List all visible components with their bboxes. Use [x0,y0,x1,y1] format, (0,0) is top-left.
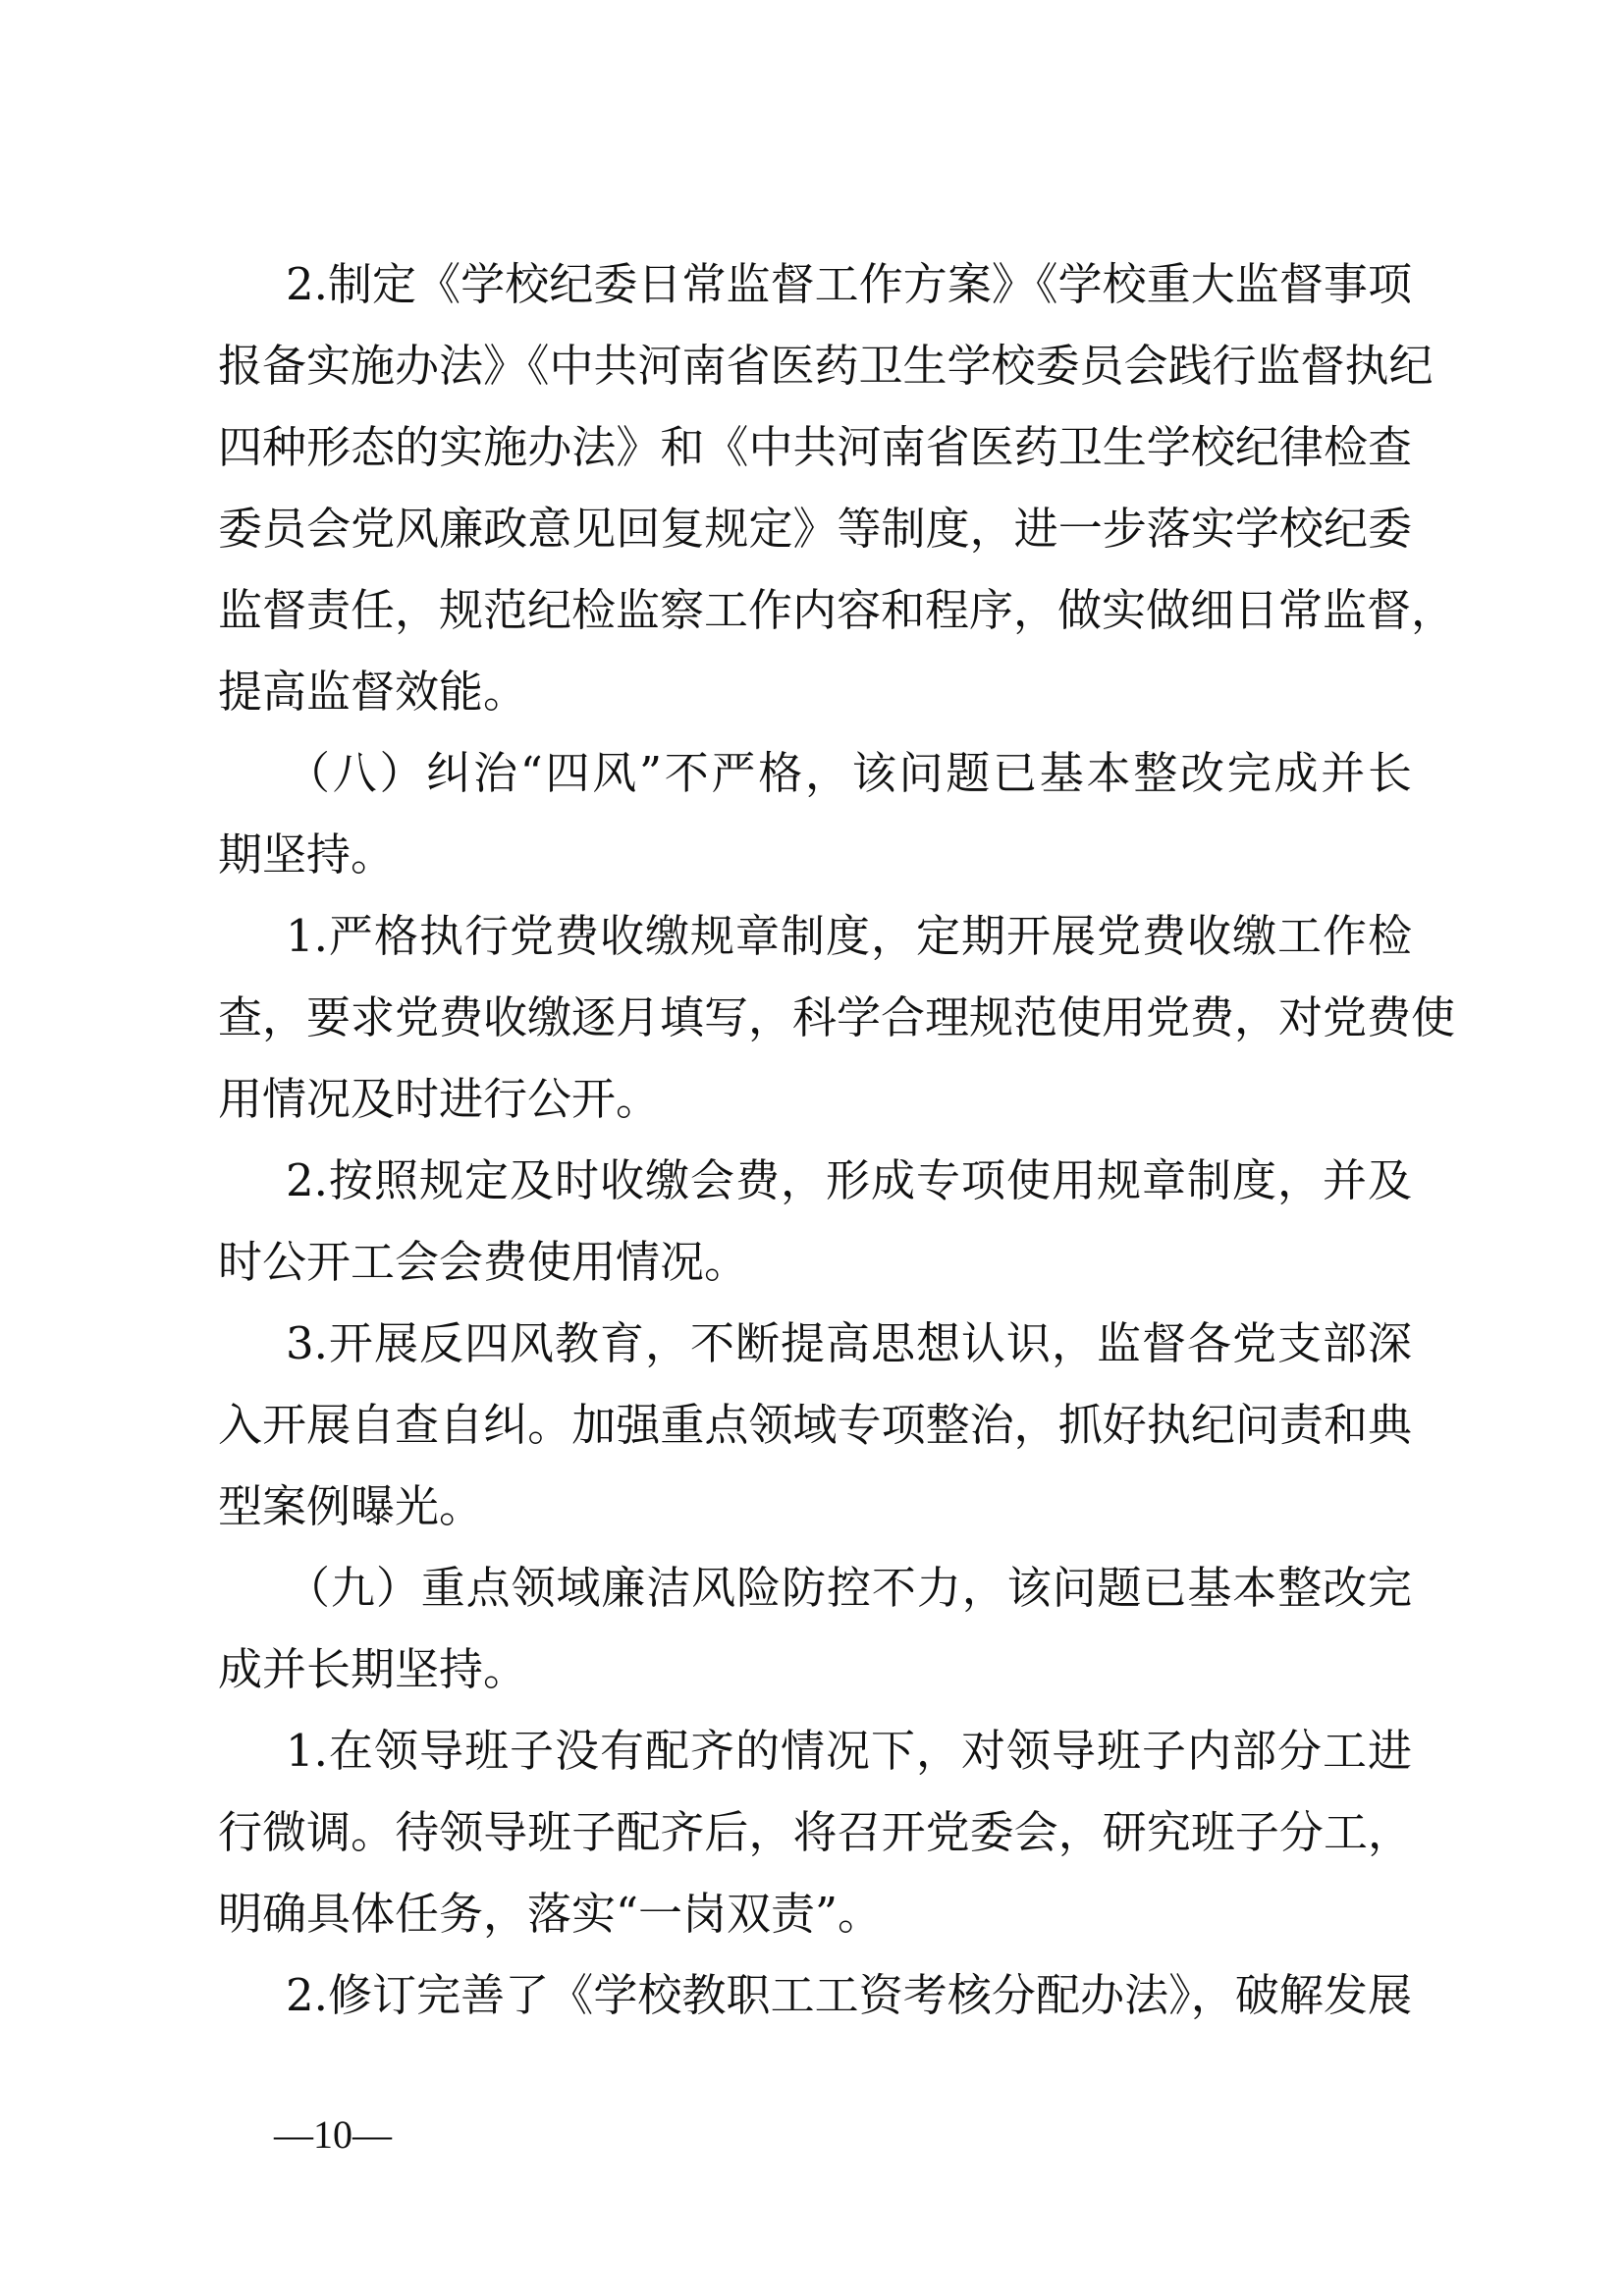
paragraph-line: 3.开展反四风教育，不断提高思想认识，监督各党支部深 [286,1314,1412,1373]
paragraph-line: 监督责任，规范纪检监察工作内容和程序，做实做细日常监督， [218,581,1412,640]
paragraph-line: 入开展自查自纠。加强重点领域专项整治，抓好执纪问责和典 [218,1396,1412,1455]
section-heading-9-continued: 成并长期坚持。 [218,1640,1412,1699]
paragraph-line: 型案例曝光。 [218,1477,1412,1536]
paragraph-line: 时公开工会会费使用情况。 [218,1233,1412,1292]
section-heading-8-continued: 期坚持。 [218,826,1412,884]
paragraph-line: 2.制定《学校纪委日常监督工作方案》《学校重大监督事项 [286,255,1412,314]
paragraph-line: 1.严格执行党费收缴规章制度，定期开展党费收缴工作检 [286,907,1412,966]
paragraph-line: 用情况及时进行公开。 [218,1070,1412,1129]
section-heading-9: （九）重点领域廉洁风险防控不力，该问题已基本整改完 [286,1559,1412,1618]
paragraph-line: 2.修订完善了《学校教职工工资考核分配办法》，破解发展 [286,1966,1412,2025]
page-number: —10— [274,2112,392,2158]
paragraph-line: 四种形态的实施办法》和《中共河南省医药卫生学校纪律检查 [218,418,1412,477]
paragraph-line: 行微调。待领导班子配齐后，将召开党委会，研究班子分工， [218,1803,1412,1862]
section-heading-8: （八）纠治“四风”不严格，该问题已基本整改完成并长 [286,744,1412,803]
paragraph-line: 明确具体任务，落实“一岗双责”。 [218,1885,1412,1944]
paragraph-line: 报备实施办法》《中共河南省医药卫生学校委员会践行监督执纪 [218,337,1412,396]
paragraph-line: 1.在领导班子没有配齐的情况下，对领导班子内部分工进 [286,1722,1412,1781]
paragraph-line: 查，要求党费收缴逐月填写，科学合理规范使用党费，对党费使 [218,988,1412,1047]
document-page: 2.制定《学校纪委日常监督工作方案》《学校重大监督事项 报备实施办法》《中共河南… [0,0,1624,2296]
paragraph-line: 委员会党风廉政意见回复规定》等制度，进一步落实学校纪委 [218,500,1412,559]
paragraph-line: 提高监督效能。 [218,663,1412,721]
paragraph-line: 2.按照规定及时收缴会费，形成专项使用规章制度，并及 [286,1151,1412,1210]
